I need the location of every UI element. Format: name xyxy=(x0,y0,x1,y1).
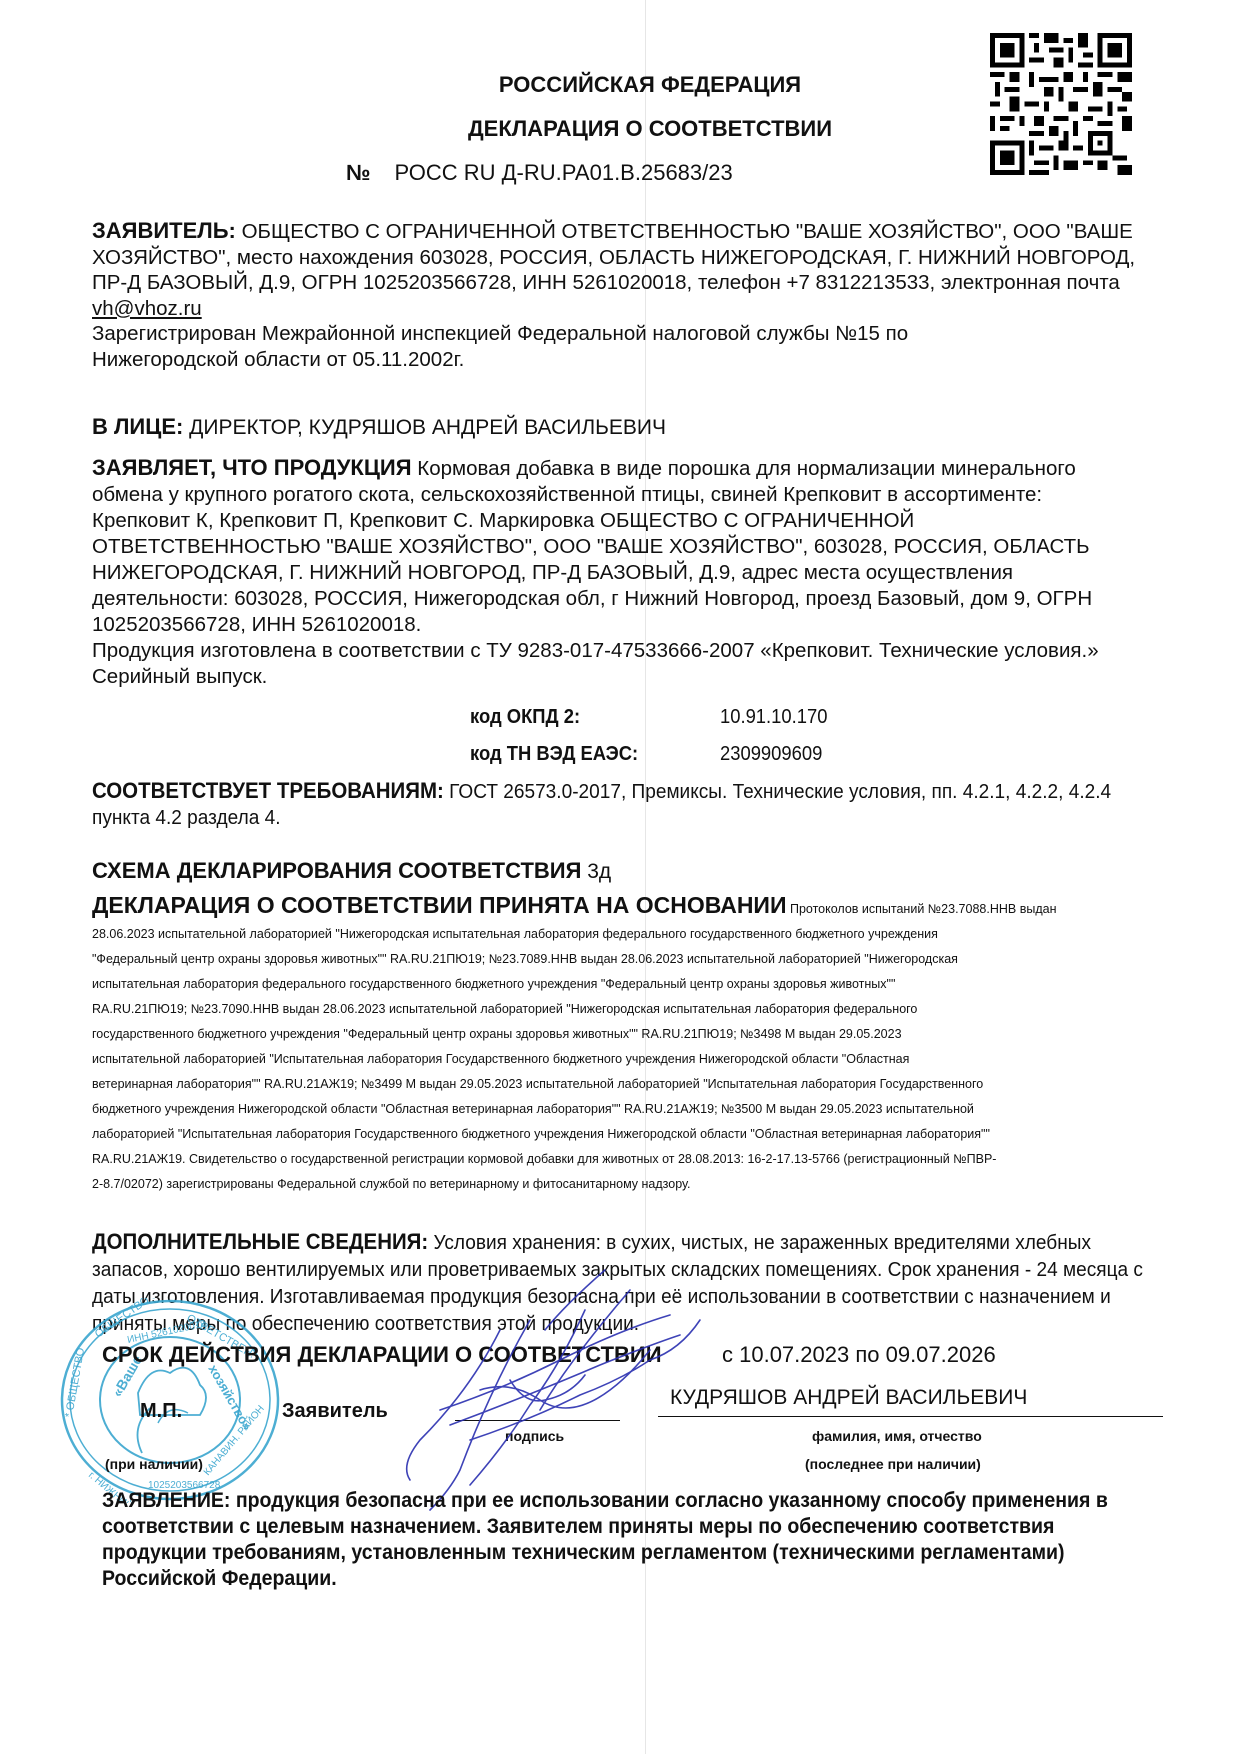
applicant-details: ОБЩЕСТВО С ОГРАНИЧЕННОЙ ОТВЕТСТВЕННОСТЬЮ… xyxy=(92,220,1135,294)
basis-protocol-line: 2-8.7/02072) зарегистрированы Федерально… xyxy=(92,1172,1162,1197)
tnved-label: код ТН ВЭД ЕАЭС: xyxy=(470,743,638,766)
applicant-signature-label: Заявитель xyxy=(282,1400,388,1423)
number-sign: № xyxy=(346,160,371,185)
requirements-label: СООТВЕТСТВУЕТ ТРЕБОВАНИЯМ: xyxy=(92,778,444,803)
basis-protocol-line: испытательная лаборатория федерального г… xyxy=(92,972,1162,997)
basis-protocol-line: испытательной лабораторией "Испытательна… xyxy=(92,1047,1162,1072)
product-manufacturing-standard: Продукция изготовлена в соответствии с Т… xyxy=(92,638,1137,664)
statement-label: ЗАЯВЛЕНИЕ: xyxy=(102,1489,230,1512)
okpd2-label: код ОКПД 2: xyxy=(470,706,580,729)
representative-label: В ЛИЦЕ: xyxy=(92,414,183,439)
scheme-value: 3д xyxy=(581,860,611,883)
applicant-registration: Зарегистрирован Межрайонной инспекцией Ф… xyxy=(92,321,992,372)
additional-info-label: ДОПОЛНИТЕЛЬНЫЕ СВЕДЕНИЯ: xyxy=(92,1229,428,1254)
basis-protocol-line: ветеринарная лаборатория"" RA.RU.21АЖ19;… xyxy=(92,1072,1162,1097)
basis-protocol-line: RA.RU.21АЖ19. Свидетельство о государств… xyxy=(92,1147,1162,1172)
declaration-page: РОССИЙСКАЯ ФЕДЕРАЦИЯ ДЕКЛАРАЦИЯ О СООТВЕ… xyxy=(0,0,1240,1754)
additional-info-line: Условия хранения: в сухих, чистых, не за… xyxy=(428,1231,1091,1254)
qr-code-icon[interactable] xyxy=(990,32,1132,176)
representative-value: ДИРЕКТОР, КУДРЯШОВ АНДРЕЙ ВАСИЛЬЕВИЧ xyxy=(183,416,666,439)
basis-protocol-line: 28.06.2023 испытательной лабораторией "Н… xyxy=(92,922,1162,947)
scheme-section: СХЕМА ДЕКЛАРИРОВАНИЯ СООТВЕТСТВИЯ 3д xyxy=(92,858,1137,885)
applicant-email-link[interactable]: vh@vhoz.ru xyxy=(92,297,202,320)
scheme-label: СХЕМА ДЕКЛАРИРОВАНИЯ СООТВЕТСТВИЯ xyxy=(92,858,581,883)
svg-text:* ОБЩЕСТВО: * ОБЩЕСТВО xyxy=(63,1346,87,1418)
applicant-label: ЗАЯВИТЕЛЬ: xyxy=(92,218,236,243)
product-description: Кормовая добавка в виде порошка для норм… xyxy=(92,457,1092,636)
declaration-number-value: РОСС RU Д-RU.РА01.В.25683/23 xyxy=(395,160,733,185)
product-label: ЗАЯВЛЯЕТ, ЧТО ПРОДУКЦИЯ xyxy=(92,455,412,480)
basis-protocol-line: "Федеральный центр охраны здоровья живот… xyxy=(92,947,1162,972)
validity-dates: с 10.07.2023 по 09.07.2026 xyxy=(722,1342,996,1368)
basis-lead: Протоколов испытаний №23.7088.ННВ выдан xyxy=(787,902,1057,916)
applicant-statement: ЗАЯВЛЕНИЕ: продукция безопасна при ее ис… xyxy=(102,1488,1122,1592)
stamp-place-label: М.П. xyxy=(140,1400,182,1423)
basis-section: ДЕКЛАРАЦИЯ О СООТВЕТСТВИИ ПРИНЯТА НА ОСН… xyxy=(92,890,1162,1197)
basis-protocol-line: бюджетного учреждения Нижегородской обла… xyxy=(92,1097,1162,1122)
basis-label: ДЕКЛАРАЦИЯ О СООТВЕТСТВИИ ПРИНЯТА НА ОСН… xyxy=(92,892,787,918)
statement-text: продукция безопасна при ее использовании… xyxy=(102,1489,1108,1590)
okpd2-value: 10.91.10.170 xyxy=(720,706,827,729)
representative-section: В ЛИЦЕ: ДИРЕКТОР, КУДРЯШОВ АНДРЕЙ ВАСИЛЬ… xyxy=(92,414,1137,441)
requirements-section: СООТВЕТСТВУЕТ ТРЕБОВАНИЯМ: ГОСТ 26573.0-… xyxy=(92,778,1222,830)
basis-protocol-line: лабораторией "Испытательная лаборатория … xyxy=(92,1122,1162,1147)
tnved-value: 2309909609 xyxy=(720,743,822,766)
product-release-type: Серийный выпуск. xyxy=(92,664,1137,690)
full-name-caption: фамилия, имя, отчество xyxy=(812,1428,982,1444)
basis-protocol-line: государственного бюджетного учреждения "… xyxy=(92,1022,1162,1047)
basis-protocol-line: RA.RU.21ПЮ19; №23.7090.ННВ выдан 28.06.2… xyxy=(92,997,1162,1022)
declaration-number: №РОСС RU Д-RU.РА01.В.25683/23 xyxy=(346,160,733,186)
applicant-section: ЗАЯВИТЕЛЬ: ОБЩЕСТВО С ОГРАНИЧЕННОЙ ОТВЕТ… xyxy=(92,218,1137,372)
stamp-note: (при наличии) xyxy=(105,1456,203,1472)
full-name-caption-note: (последнее при наличии) xyxy=(805,1456,981,1472)
handwritten-signature xyxy=(380,1260,740,1520)
product-section: ЗАЯВЛЯЕТ, ЧТО ПРОДУКЦИЯ Кормовая добавка… xyxy=(92,455,1137,690)
